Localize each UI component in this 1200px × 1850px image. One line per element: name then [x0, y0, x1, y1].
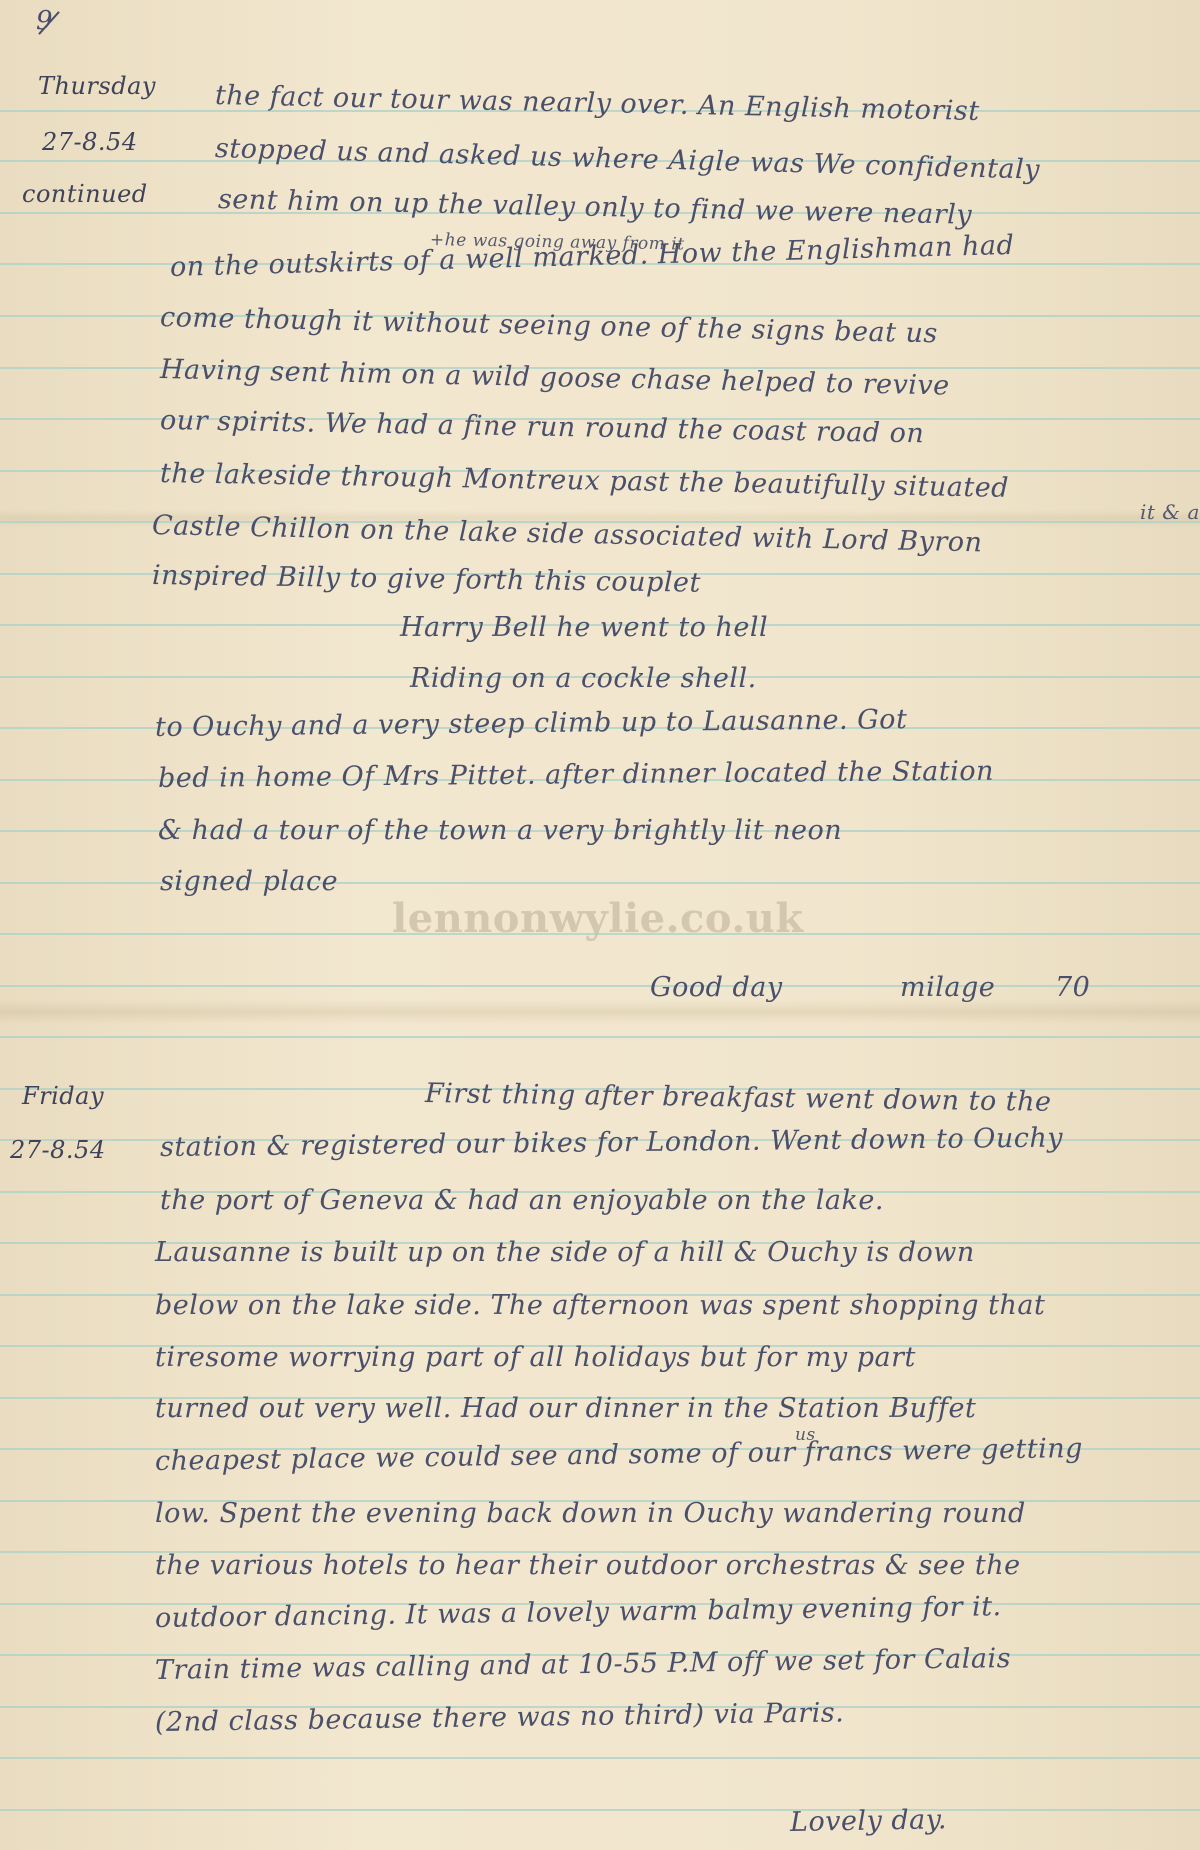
text-line: the lakeside through Montreux past the b… [160, 458, 1010, 504]
watermark: lennonwylie.co.uk [392, 895, 804, 942]
entry-day: Friday [22, 1082, 104, 1110]
couplet-line: Riding on a cockle shell. [410, 663, 757, 694]
text-line: & had a tour of the town a very brightly… [158, 815, 842, 846]
entry-date: 27-8.54 [10, 1136, 106, 1164]
text-line: Train time was calling and at 10-55 P.M … [155, 1643, 1011, 1686]
text-line: turned out very well. Had our dinner in … [155, 1393, 976, 1424]
ruled-line [0, 985, 1200, 987]
text-line: low. Spent the evening back down in Ouch… [155, 1498, 1026, 1529]
text-line: Lausanne is built up on the side of a hi… [155, 1237, 975, 1268]
text-line: outdoor dancing. It was a lovely warm ba… [155, 1591, 1002, 1634]
text-line: the various hotels to hear their outdoor… [155, 1550, 1021, 1581]
ruled-line [0, 1809, 1200, 1811]
text-line: station & registered our bikes for Londo… [160, 1123, 1063, 1163]
text-line: inspired Billy to give forth this couple… [152, 560, 701, 599]
text-line: First thing after breakfast went down to… [425, 1078, 1052, 1118]
entry-continued-note: continued [22, 180, 148, 208]
notebook-page: 9 lennonwylie.co.uk Thursday 27-8.54 con… [0, 0, 1200, 1850]
text-line: bed in home Of Mrs Pittet. after dinner … [158, 756, 994, 794]
text-line: tiresome worrying part of all holidays b… [155, 1342, 916, 1373]
couplet-line: Harry Bell he went to hell [400, 612, 768, 643]
text-line: the fact our tour was nearly over. An En… [215, 80, 980, 127]
text-line: our spirits. We had a fine run round the… [160, 405, 925, 449]
text-line: stopped us and asked us where Aigle was … [215, 133, 1041, 186]
day-verdict: Lovely day. [790, 1804, 948, 1838]
text-line: signed place [160, 866, 338, 897]
milage-label: milage [900, 972, 995, 1003]
text-line: the port of Geneva & had an enjoyable on… [160, 1185, 884, 1216]
text-line: Having sent him on a wild goose chase he… [160, 354, 950, 402]
text-line: (2nd class because there was no third) v… [155, 1697, 845, 1738]
text-line: below on the lake side. The afternoon wa… [155, 1290, 1045, 1321]
entry-day: Thursday [38, 72, 156, 100]
day-verdict: Good day [650, 972, 783, 1003]
text-line: to Ouchy and a very steep climb up to La… [155, 704, 908, 743]
milage-value: 70 [1055, 972, 1090, 1003]
ruled-line [0, 1757, 1200, 1759]
text-line: cheapest place we could see and some of … [155, 1433, 1083, 1477]
ruled-line [0, 1036, 1200, 1038]
text-line: sent him on up the valley only to find w… [218, 184, 973, 231]
text-line: come though it without seeing one of the… [160, 302, 938, 349]
entry-date: 27-8.54 [42, 128, 138, 156]
margin-insertion: it & a [1140, 500, 1200, 524]
text-line: Castle Chillon on the lake side associat… [152, 510, 983, 558]
